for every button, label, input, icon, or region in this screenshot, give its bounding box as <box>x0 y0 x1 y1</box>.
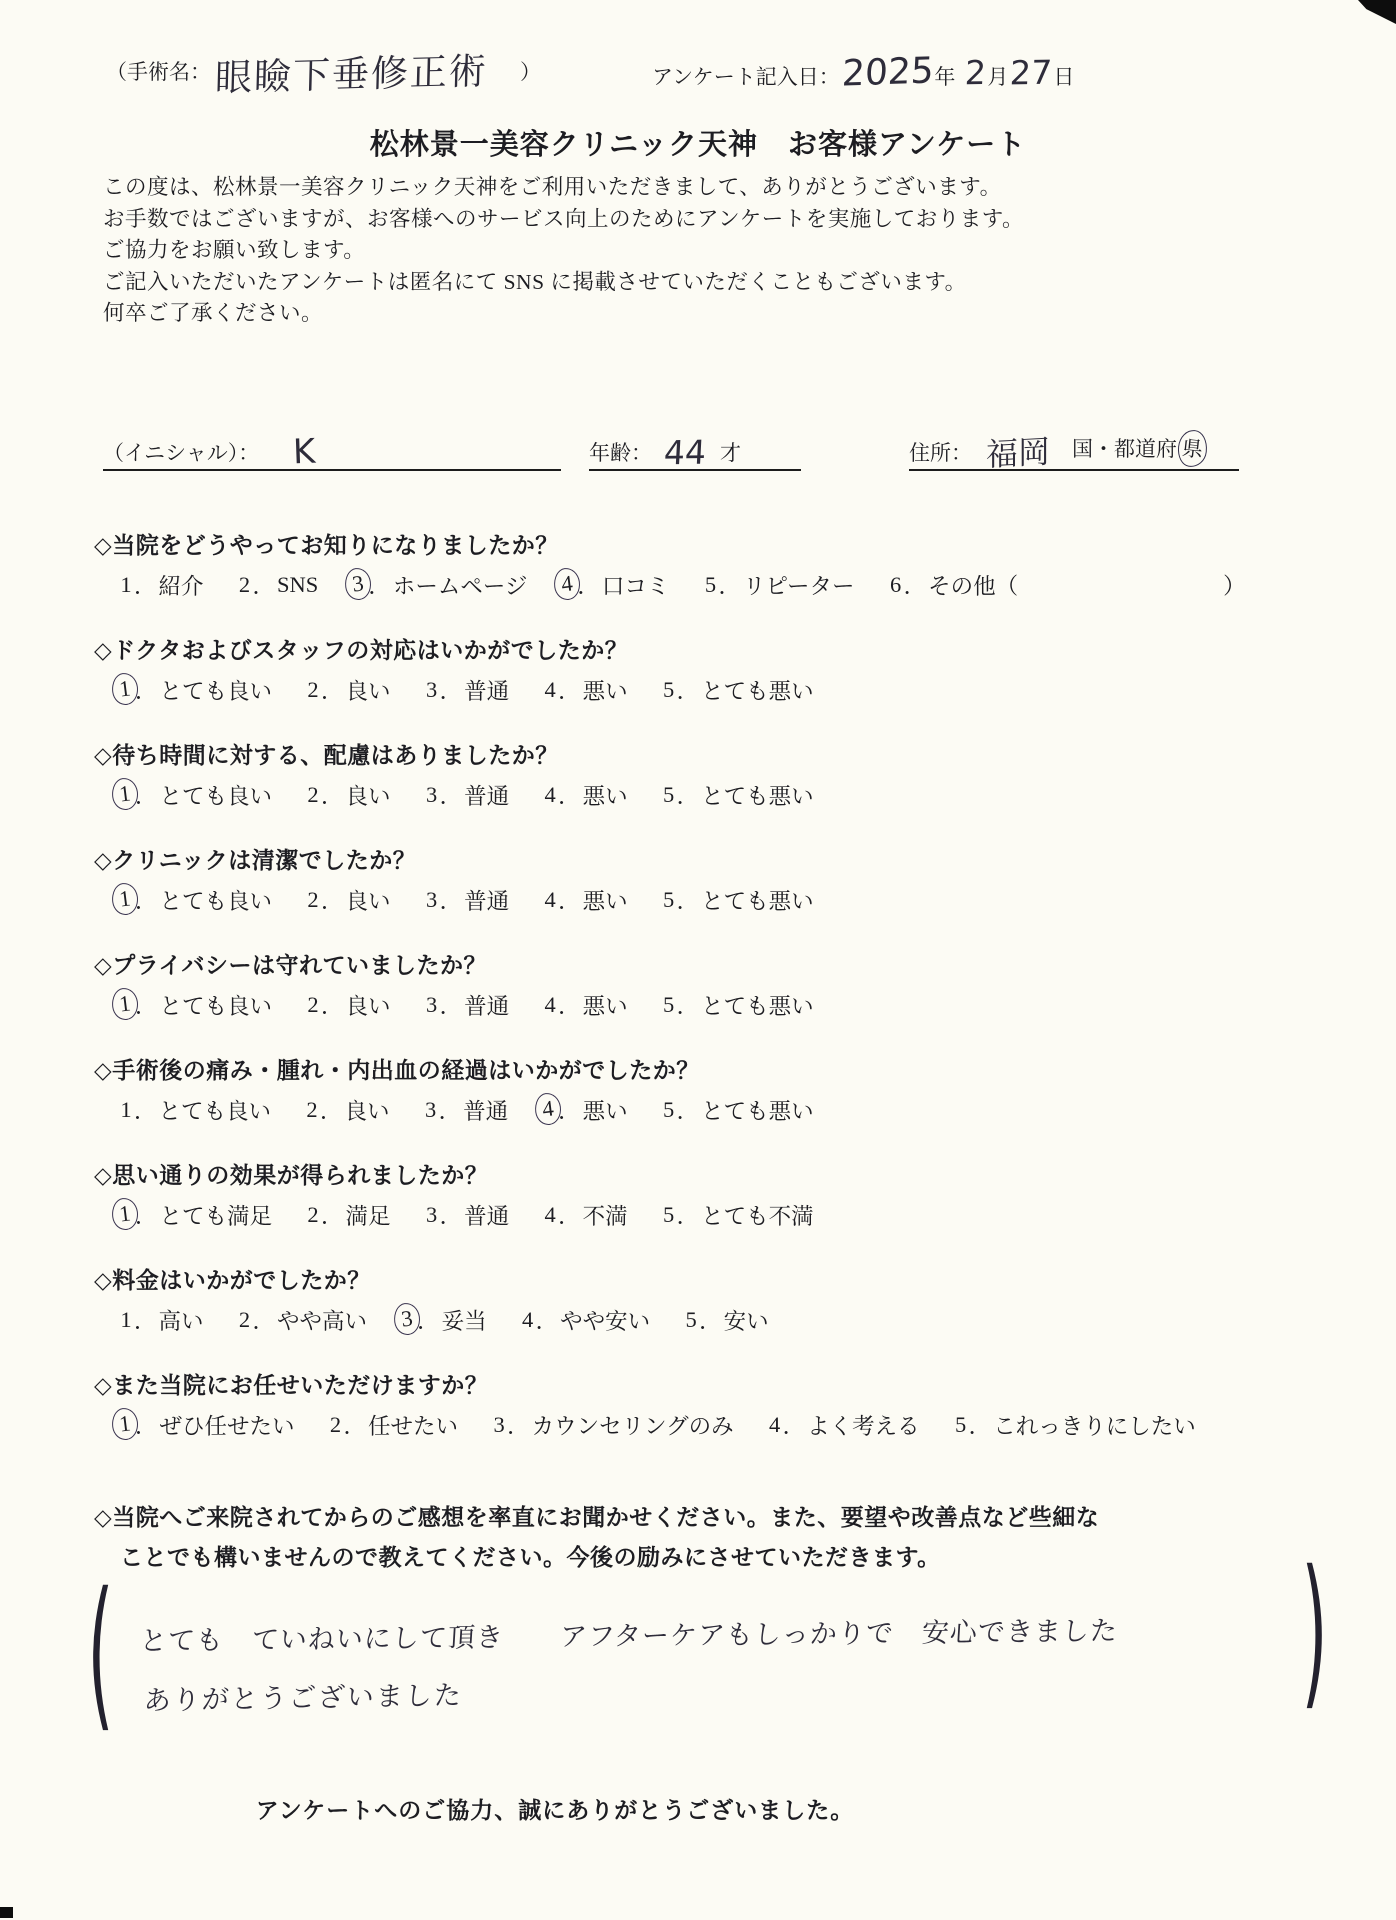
option-separator: ． <box>558 989 581 1021</box>
option-number: 5 <box>683 1307 699 1333</box>
feedback-prompt-line: ことでも構いませんので教えてください。今後の励みにさせていただきます。 <box>120 1537 1364 1577</box>
option: 4．悪い <box>542 989 628 1021</box>
question-heading: ◇手術後の痛み・腫れ・内出血の経過はいかがでしたか？ <box>94 1052 1354 1085</box>
option-separator: ． <box>368 569 391 601</box>
option-separator: ． <box>677 1199 700 1231</box>
option: 4．悪い <box>542 779 628 811</box>
option-separator: ． <box>677 1094 700 1126</box>
option: 1．高い <box>118 1304 204 1336</box>
option-number: 3 <box>424 1202 440 1228</box>
option-label: 良い <box>346 884 391 916</box>
option-number: 4 <box>542 887 558 913</box>
option-number: 5 <box>953 1412 969 1438</box>
option-label: やや高い <box>277 1304 367 1336</box>
option: 5．これっきりにしたい <box>953 1409 1196 1441</box>
option-label: 安い <box>724 1304 769 1336</box>
option: 3．ホームページ <box>351 569 527 601</box>
option-label: リピーター <box>743 569 855 601</box>
intro-line: ご協力をお願い致します。 <box>103 235 1024 267</box>
option: 3．カウンセリングのみ <box>491 1409 734 1441</box>
option-label: とても悪い <box>701 1094 814 1126</box>
age-handwritten: 44 <box>663 439 706 468</box>
age-unit: 才 <box>720 437 741 467</box>
option-separator: ． <box>417 1304 440 1336</box>
initial-handwritten: K <box>293 437 316 468</box>
option-number: 2 <box>237 1307 253 1333</box>
option-label: やや安い <box>560 1304 650 1336</box>
intro-line: 何卒ご了承ください。 <box>103 298 1024 330</box>
option-number: 3 <box>424 677 440 703</box>
option: 3．普通 <box>423 1094 509 1126</box>
option-separator: ． <box>677 884 700 916</box>
option-separator: ． <box>135 674 158 706</box>
question-options: 1．紹介2．SNS3．ホームページ4．口コミ5．リピーター6．その他（） <box>118 569 1354 601</box>
option-separator: ． <box>321 884 344 916</box>
option-number: 2 <box>237 572 253 598</box>
option-label: 普通 <box>464 779 509 811</box>
region-type-label: 国・都道府県 <box>1072 430 1207 467</box>
option-separator: ． <box>135 1409 158 1441</box>
option-separator: ． <box>718 569 741 601</box>
option-separator: ． <box>699 1304 722 1336</box>
address-handwritten: 福岡 <box>986 437 1050 468</box>
option: 4．悪い <box>542 674 628 706</box>
intro-paragraph: この度は、松林景一美容クリニック天神をご利用いただきまして、ありがとうございます… <box>103 172 1024 330</box>
option-label: とても良い <box>159 1094 272 1126</box>
option: 2．SNS <box>237 569 319 601</box>
option-label: 妥当 <box>442 1304 487 1336</box>
option-label: 良い <box>346 779 391 811</box>
option-number: 2 <box>305 677 321 703</box>
option-label: カウンセリングのみ <box>532 1409 734 1441</box>
option: 5．リピーター <box>702 569 854 601</box>
option-number: 4 <box>767 1412 783 1438</box>
option-separator: ． <box>135 884 158 916</box>
survey-date-line: アンケート記入日： 2025 年 2 月 27 日 <box>652 52 1074 99</box>
option-label: 普通 <box>463 1094 508 1126</box>
option-label: 良い <box>345 1094 390 1126</box>
option-label: 悪い <box>583 884 628 916</box>
question-options: 1．とても良い2．良い3．普通4．悪い5．とても悪い <box>118 674 1354 706</box>
option-number: 2 <box>304 1097 320 1123</box>
option: 3．妥当 <box>400 1304 487 1336</box>
address-label: 住所： <box>909 437 972 467</box>
question-options: 1．とても良い2．良い3．普通4．悪い5．とても悪い <box>118 779 1354 811</box>
option: 2．やや高い <box>237 1304 368 1336</box>
option: 5．とても悪い <box>661 989 814 1021</box>
option: 1．とても良い <box>118 989 272 1021</box>
question-heading: ◇また当院にお任せいただけますか？ <box>94 1367 1354 1400</box>
option: 2．満足 <box>305 1199 391 1231</box>
option-label: とても不満 <box>701 1199 814 1231</box>
survey-document: （手術名： 眼瞼下垂修正術 ） アンケート記入日： 2025 年 2 月 27 … <box>0 0 1396 1920</box>
scan-artifact-bottom-left <box>0 1907 13 1918</box>
question-block: ◇手術後の痛み・腫れ・内出血の経過はいかがでしたか？1．とても良い2．良い3．普… <box>94 1052 1354 1126</box>
question-options: 1．とても良い2．良い3．普通4．悪い5．とても悪い <box>118 884 1354 916</box>
comment-line: とても ていねいにして頂き アフターケアもしっかりで 安心できました <box>139 1609 1119 1658</box>
option: 4．悪い <box>541 1094 628 1126</box>
option-number: 2 <box>328 1412 344 1438</box>
option-separator: ． <box>558 779 581 811</box>
option-number: 2 <box>305 887 321 913</box>
intro-line: ご記入いただいたアンケートは匿名にて SNS に掲載させていただくこともございま… <box>103 267 1024 299</box>
question-block: ◇待ち時間に対する、配慮はありましたか？1．とても良い2．良い3．普通4．悪い5… <box>94 737 1354 811</box>
option: 1．とても良い <box>118 1094 271 1126</box>
option-separator: ． <box>344 1409 367 1441</box>
option-separator: ． <box>253 1304 276 1336</box>
option-label: ホームページ <box>393 569 528 601</box>
option-number: 5 <box>661 677 677 703</box>
option-number: 4 <box>520 1307 536 1333</box>
question-block: ◇プライバシーは守れていましたか？1．とても良い2．良い3．普通4．悪い5．とて… <box>94 947 1354 1021</box>
option-number: 3 <box>424 782 440 808</box>
option: 4．よく考える <box>767 1409 920 1441</box>
option-separator: ． <box>536 1304 559 1336</box>
initial-field: （イニシャル）： K <box>103 437 561 471</box>
option-label: 悪い <box>583 674 628 706</box>
option-label: 高い <box>159 1304 204 1336</box>
option-label: とても満足 <box>160 1199 273 1231</box>
option-number: 1 <box>118 1097 134 1123</box>
option-number: 4 <box>542 1202 558 1228</box>
option: 1．ぜひ任せたい <box>118 1409 295 1441</box>
option-label: 普通 <box>464 1199 509 1231</box>
option-separator: ． <box>135 1199 158 1231</box>
option: 4．悪い <box>542 884 628 916</box>
option: 2．任せたい <box>328 1409 459 1441</box>
option-number: 2 <box>305 782 321 808</box>
question-heading: ◇クリニックは清潔でしたか？ <box>94 842 1354 875</box>
option: 2．良い <box>305 884 391 916</box>
option: 1．とても満足 <box>118 1199 272 1231</box>
question-block: ◇また当院にお任せいただけますか？1．ぜひ任せたい2．任せたい3．カウンセリング… <box>94 1367 1354 1441</box>
date-day-handwritten: 27 <box>1009 53 1053 93</box>
option: 4．やや安い <box>520 1304 651 1336</box>
option: 5．とても悪い <box>661 779 814 811</box>
option-separator: ． <box>135 989 158 1021</box>
region-circle-annotation: 県 <box>1176 429 1209 469</box>
option: 3．普通 <box>424 674 510 706</box>
option-label: よく考える <box>807 1409 920 1441</box>
intro-line: お手数ではございますが、お客様へのサービス向上のためにアンケートを実施しておりま… <box>103 204 1024 236</box>
option-separator: ． <box>134 1094 157 1126</box>
date-month-handwritten: 2 <box>964 53 987 92</box>
option-label: 満足 <box>346 1199 391 1231</box>
option-label: 口コミ <box>602 569 670 601</box>
survey-date-label: アンケート記入日： <box>652 61 840 91</box>
option: 2．良い <box>305 779 391 811</box>
footer-thanks: アンケートへのご協力、誠にありがとうございました。 <box>0 1792 1110 1825</box>
option-number: 5 <box>661 1202 677 1228</box>
surgery-name-handwritten: 眼瞼下垂修正術 <box>214 40 488 101</box>
intro-line: この度は、松林景一美容クリニック天神をご利用いただきまして、ありがとうございます… <box>103 172 1024 204</box>
option-number: 3 <box>423 1097 439 1123</box>
option: 2．良い <box>304 1094 390 1126</box>
surgery-name-line: （手術名： 眼瞼下垂修正術 ） <box>106 44 541 98</box>
question-heading: ◇待ち時間に対する、配慮はありましたか？ <box>94 737 1354 770</box>
surgery-name-close-paren: ） <box>520 56 541 86</box>
question-options: 1．とても満足2．満足3．普通4．不満5．とても不満 <box>118 1199 1354 1231</box>
option: 5．とても悪い <box>661 674 814 706</box>
option-close-paren: ） <box>1223 569 1246 601</box>
option-separator: ． <box>321 674 344 706</box>
age-label: 年齢： <box>589 437 652 467</box>
option-label: これっきりにしたい <box>993 1409 1196 1441</box>
option-number: 5 <box>661 1097 677 1123</box>
option-label: 任せたい <box>368 1409 458 1441</box>
option: 3．普通 <box>424 1199 510 1231</box>
option-label: 不満 <box>583 1199 628 1231</box>
option-label: 普通 <box>464 884 509 916</box>
option-separator: ． <box>558 1199 581 1231</box>
option: 1．とても良い <box>118 674 272 706</box>
option: 2．良い <box>305 674 391 706</box>
option-number: 1 <box>118 572 134 598</box>
option-number: 5 <box>661 782 677 808</box>
option-separator: ． <box>677 779 700 811</box>
option-label: その他（ <box>928 569 1018 601</box>
option: 1．紹介 <box>118 569 204 601</box>
option-number: 4 <box>542 992 558 1018</box>
option-label: SNS <box>277 572 318 598</box>
option-separator: ． <box>321 989 344 1021</box>
question-options: 1．とても良い2．良い3．普通4．悪い5．とても悪い <box>118 1094 1354 1126</box>
question-heading: ◇料金はいかがでしたか？ <box>94 1262 1354 1295</box>
day-suffix: 日 <box>1053 61 1074 91</box>
address-field: 住所： 福岡 国・都道府県 <box>909 430 1239 471</box>
question-heading: ◇プライバシーは守れていましたか？ <box>94 947 1354 980</box>
option-label: とても良い <box>160 989 273 1021</box>
option-separator: ． <box>783 1409 806 1441</box>
option-number: 2 <box>305 992 321 1018</box>
option-number: 5 <box>661 992 677 1018</box>
question-heading: ◇思い通りの効果が得られましたか？ <box>94 1157 1354 1190</box>
option-separator: ． <box>558 674 581 706</box>
option-separator: ． <box>134 1304 157 1336</box>
option: 1．とても良い <box>118 779 272 811</box>
option-number: 4 <box>542 677 558 703</box>
question-options: 1．ぜひ任せたい2．任せたい3．カウンセリングのみ4．よく考える5．これっきりに… <box>118 1409 1354 1441</box>
option-label: 悪い <box>583 1094 628 1126</box>
option-separator: ． <box>440 674 463 706</box>
comment-line: ありがとうございました <box>143 1673 464 1718</box>
option-number: 3 <box>424 992 440 1018</box>
age-field: 年齢： 44 才 <box>589 437 801 471</box>
option-label: 紹介 <box>159 569 204 601</box>
option-number: 5 <box>661 887 677 913</box>
option: 3．普通 <box>424 884 510 916</box>
option: 5．安い <box>683 1304 769 1336</box>
handwritten-comment-area: ( ) とても ていねいにして頂き アフターケアもしっかりで 安心できました あ… <box>88 1592 1333 1782</box>
page-title: 松林景一美容クリニック天神 お客様アンケート <box>0 122 1396 163</box>
option-label: 悪い <box>583 989 628 1021</box>
option-number: 1 <box>118 1307 134 1333</box>
option-separator: ． <box>440 779 463 811</box>
option-separator: ． <box>134 569 157 601</box>
option-separator: ． <box>440 989 463 1021</box>
questions: ◇当院をどうやってお知りになりましたか？1．紹介2．SNS3．ホームページ4．口… <box>94 527 1354 1472</box>
month-suffix: 月 <box>987 61 1008 91</box>
option-separator: ． <box>321 1199 344 1231</box>
option-label: 良い <box>346 674 391 706</box>
option: 3．普通 <box>424 779 510 811</box>
option-label: とても悪い <box>701 884 814 916</box>
option-separator: ． <box>135 779 158 811</box>
initial-label: （イニシャル）： <box>103 437 259 467</box>
option-separator: ． <box>320 1094 343 1126</box>
region-prefix: 国・都道府 <box>1072 437 1177 461</box>
option-number: 2 <box>305 1202 321 1228</box>
surgery-name-label: （手術名： <box>106 56 211 86</box>
option: 5．とても不満 <box>661 1199 814 1231</box>
option-label: とても良い <box>160 779 273 811</box>
year-suffix: 年 <box>934 61 955 91</box>
option: 1．とても良い <box>118 884 272 916</box>
option-number: 5 <box>702 572 718 598</box>
option: 4．不満 <box>542 1199 628 1231</box>
option-number: 3 <box>491 1412 507 1438</box>
option-label: ぜひ任せたい <box>160 1409 295 1441</box>
option-separator: ． <box>253 569 276 601</box>
option-label: とても良い <box>160 674 273 706</box>
option-separator: ． <box>577 569 600 601</box>
option-label: とても良い <box>160 884 273 916</box>
option: 3．普通 <box>424 989 510 1021</box>
feedback-prompt-line: ◇当院へご来院されてからのご感想を率直にお聞かせください。また、要望や改善点など… <box>94 1497 1364 1537</box>
option-label: とても悪い <box>701 989 814 1021</box>
option-label: とても悪い <box>701 779 814 811</box>
hand-bracket-open: ( <box>87 1561 113 1750</box>
option-label: 普通 <box>464 989 509 1021</box>
option: 2．良い <box>305 989 391 1021</box>
option-separator: ． <box>558 1094 581 1126</box>
option-number: 3 <box>424 887 440 913</box>
question-block: ◇当院をどうやってお知りになりましたか？1．紹介2．SNS3．ホームページ4．口… <box>94 527 1354 601</box>
scan-artifact-top-right <box>1358 0 1396 24</box>
option-number: 6 <box>888 572 904 598</box>
option: 5．とても悪い <box>661 884 814 916</box>
question-options: 1．とても良い2．良い3．普通4．悪い5．とても悪い <box>118 989 1354 1021</box>
date-year-handwritten: 2025 <box>841 50 935 94</box>
option-separator: ． <box>969 1409 992 1441</box>
option-label: とても悪い <box>701 674 814 706</box>
option-separator: ． <box>507 1409 530 1441</box>
option-number: 4 <box>542 782 558 808</box>
option-separator: ． <box>677 674 700 706</box>
option-separator: ． <box>440 884 463 916</box>
question-block: ◇思い通りの効果が得られましたか？1．とても満足2．満足3．普通4．不満5．とて… <box>94 1157 1354 1231</box>
option-separator: ． <box>558 884 581 916</box>
hand-bracket-close: ) <box>1301 1539 1327 1728</box>
option-separator: ． <box>677 989 700 1021</box>
question-block: ◇ドクタおよびスタッフの対応はいかがでしたか？1．とても良い2．良い3．普通4．… <box>94 632 1354 706</box>
question-heading: ◇当院をどうやってお知りになりましたか？ <box>94 527 1354 560</box>
option-separator: ． <box>440 1199 463 1231</box>
option-separator: ． <box>439 1094 462 1126</box>
feedback-prompt: ◇当院へご来院されてからのご感想を率直にお聞かせください。また、要望や改善点など… <box>94 1497 1364 1577</box>
respondent-fields: （イニシャル）： K 年齢： 44 才 住所： 福岡 国・都道府県 <box>103 403 1318 471</box>
question-heading: ◇ドクタおよびスタッフの対応はいかがでしたか？ <box>94 632 1354 665</box>
option-separator: ． <box>321 779 344 811</box>
option: 4．口コミ <box>560 569 669 601</box>
question-block: ◇クリニックは清潔でしたか？1．とても良い2．良い3．普通4．悪い5．とても悪い <box>94 842 1354 916</box>
option: 6．その他（） <box>888 569 1246 601</box>
option-separator: ． <box>904 569 927 601</box>
question-options: 1．高い2．やや高い3．妥当4．やや安い5．安い <box>118 1304 1354 1336</box>
option-label: 普通 <box>464 674 509 706</box>
question-block: ◇料金はいかがでしたか？1．高い2．やや高い3．妥当4．やや安い5．安い <box>94 1262 1354 1336</box>
option-label: 良い <box>346 989 391 1021</box>
option: 5．とても悪い <box>661 1094 814 1126</box>
option-label: 悪い <box>583 779 628 811</box>
